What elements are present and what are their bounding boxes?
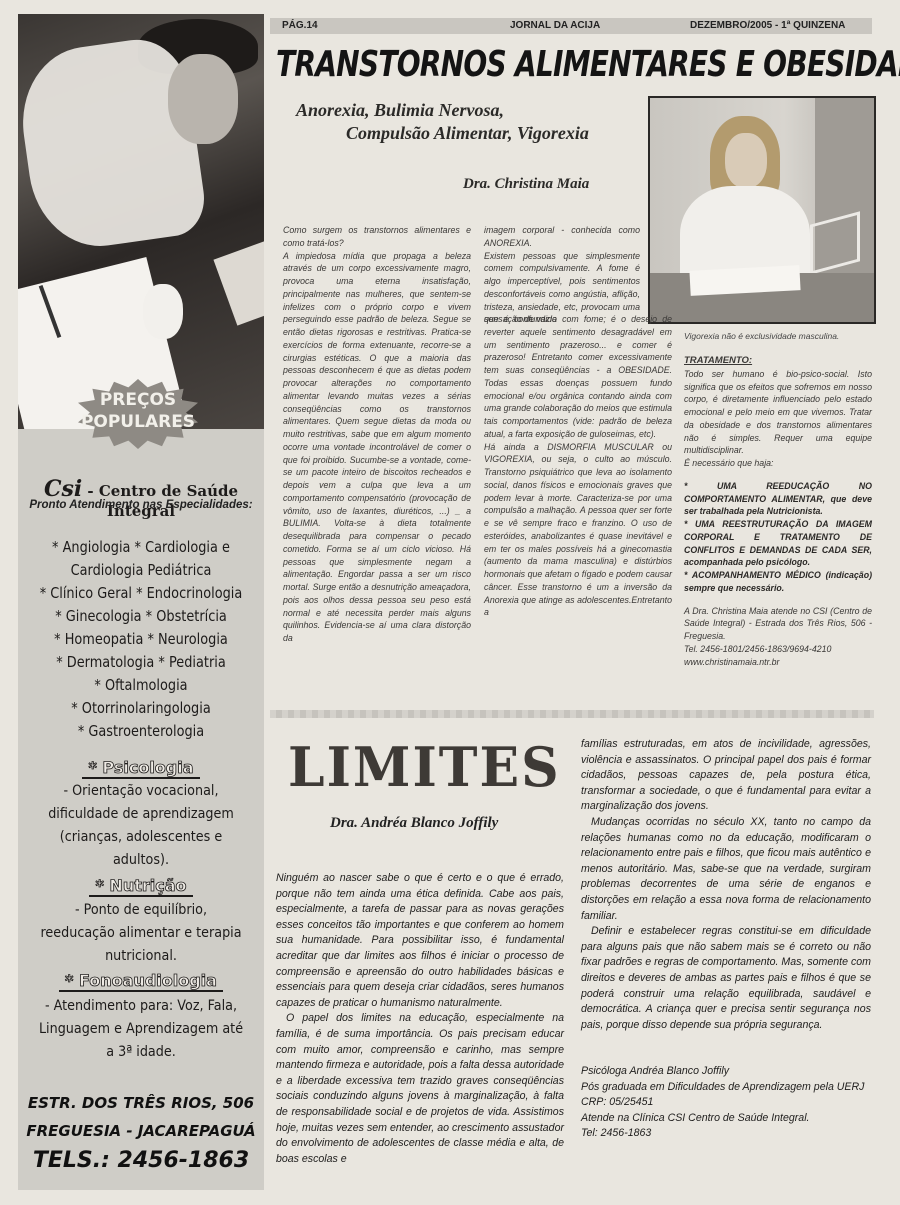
badge-line-2: POPULARES [78, 411, 198, 433]
specialty-line: * Clínico Geral * Endocrinologia [35, 582, 247, 605]
specialty-line: Cardiologia Pediátrica [35, 559, 247, 582]
specialty-line: * Oftalmologia [35, 674, 247, 697]
article-1-column-2-bottom: que é confundida com fome; é o desejo de… [484, 313, 672, 619]
article-2-title: LIMITES [288, 735, 561, 799]
photo-caption: Vigorexia não é exclusividade masculina. [684, 331, 839, 341]
article-2-signature: Psicóloga Andréa Blanco Joffily Pós grad… [581, 1064, 871, 1142]
treatment-item: * UMA REESTRUTURAÇÃO DA IMAGEM CORPORAL … [684, 518, 872, 569]
section-heading-nutricao: * Nutrição [18, 876, 264, 895]
signature-line: Atende na Clínica CSI Centro de Saúde In… [581, 1111, 871, 1127]
specialty-line: * Gastroenterologia [35, 720, 247, 743]
doctor-photo [648, 96, 876, 324]
paragraph: Há ainda a DISMORFIA MUSCULAR ou VIGOREX… [484, 441, 672, 620]
signature-line: Psicóloga Andréa Blanco Joffily [581, 1064, 871, 1080]
contact-address: A Dra. Christina Maia atende no CSI (Cen… [684, 605, 872, 643]
publication-name: JORNAL DA ACIJA [510, 20, 600, 31]
ad-phone: TELS.: 2456-1863 [18, 1148, 264, 1173]
specialty-line: * Ginecologia * Obstetrícia [35, 605, 247, 628]
article-2-column-2: famílias estruturadas, em atos de incivi… [581, 737, 871, 1033]
article-1-author: Dra. Christina Maia [463, 176, 589, 193]
paragraph: Mudanças ocorridas no século XX, tanto n… [581, 815, 871, 924]
section-body-psicologia: - Orientação vocacional, dificuldade de … [38, 780, 244, 872]
paragraph: A impiedosa mídia que propaga a beleza a… [283, 250, 471, 645]
specialties-list: * Angiologia * Cardiologia e Cardiologia… [35, 536, 247, 743]
contact-phone: Tel. 2456-1801/2456-1863/9694-4210 [684, 643, 872, 656]
paragraph: famílias estruturadas, em atos de incivi… [581, 737, 871, 815]
paragraph: que é confundida com fome; é o desejo de… [484, 313, 672, 441]
signature-line: Pós graduada em Dificuldades de Aprendiz… [581, 1080, 871, 1096]
specialty-line: * Angiologia * Cardiologia e [35, 536, 247, 559]
csi-title: Csi - Centro de Saúde Integral [18, 476, 264, 520]
article-1-column-2-top: imagem corporal - conhecida como ANOREXI… [484, 224, 640, 326]
section-heading-fonoaudiologia: * Fonoaudiologia [18, 971, 264, 990]
section-body-nutricao: - Ponto de equilíbrio, reeducação alimen… [38, 899, 244, 968]
specialty-line: * Dermatologia * Pediatria [35, 651, 247, 674]
page-number: PÁG.14 [282, 20, 318, 31]
issue-date: DEZEMBRO/2005 - 1ª QUINZENA [690, 20, 845, 31]
article-2-column-1: Ninguém ao nascer sabe o que é certo e o… [276, 871, 564, 1167]
paragraph: O papel dos limites na educação, especia… [276, 1011, 564, 1167]
photo-keyboard [213, 232, 264, 325]
csi-subtitle: Pronto Atendimento nas Especialidades: [18, 499, 264, 511]
photo-face [168, 54, 238, 144]
page-header-bar: PÁG.14 JORNAL DA ACIJA DEZEMBRO/2005 - 1… [270, 18, 872, 34]
treatment-item: * ACOMPANHAMENTO MÉDICO (indicação) semp… [684, 569, 872, 595]
photo-face [725, 133, 767, 188]
article-1-column-1: Como surgem os transtornos alimentares e… [283, 224, 471, 645]
specialty-line: * Otorrinolaringologia [35, 697, 247, 720]
treatment-heading: TRATAMENTO: [684, 355, 872, 368]
article-1-subtitle-line-2: Compulsão Alimentar, Vigorexia [346, 123, 589, 144]
signature-line: CRP: 05/25451 [581, 1095, 871, 1111]
section-body-fonoaudiologia: - Atendimento para: Voz, Fala, Linguagem… [38, 995, 244, 1064]
badge-line-1: PREÇOS [78, 389, 198, 411]
paragraph: É necessário que haja: [684, 457, 872, 470]
ad-photo-person-at-desk [18, 14, 264, 429]
price-badge: PREÇOS POPULARES [78, 389, 198, 433]
paragraph: Ninguém ao nascer sabe o que é certo e o… [276, 871, 564, 1011]
paragraph: Definir e estabelecer regras constitui-s… [581, 924, 871, 1033]
photo-mouse [143, 284, 183, 339]
treatment-item: * UMA REEDUCAÇÃO NO COMPORTAMENTO ALIMEN… [684, 480, 872, 518]
contact-website: www.christinamaia.ntr.br [684, 656, 872, 669]
article-1-column-3: TRATAMENTO: Todo ser humano é bio-psico-… [684, 355, 872, 668]
article-1-title: TRANSTORNOS ALIMENTARES E OBESIDADE [276, 44, 744, 85]
paragraph: Como surgem os transtornos alimentares e… [283, 224, 471, 250]
article-1-subtitle-line-1: Anorexia, Bulimia Nervosa, [296, 100, 504, 121]
signature-line: Tel: 2456-1863 [581, 1126, 871, 1142]
csi-advertisement: PREÇOS POPULARES Csi - Centro de Saúde I… [18, 14, 264, 1190]
section-heading-psicologia: * Psicologia [18, 758, 264, 777]
section-divider [270, 710, 874, 718]
ad-address-line-2: FREGUESIA - JACAREPAGUÁ [18, 1122, 264, 1140]
ad-address-line-1: ESTR. DOS TRÊS RIOS, 506 [18, 1094, 264, 1112]
paragraph: imagem corporal - conhecida como ANOREXI… [484, 224, 640, 250]
specialty-line: * Homeopatia * Neurologia [35, 628, 247, 651]
article-2-author: Dra. Andréa Blanco Joffily [330, 815, 498, 832]
paragraph: Todo ser humano é bio-psico-social. Isto… [684, 368, 872, 457]
